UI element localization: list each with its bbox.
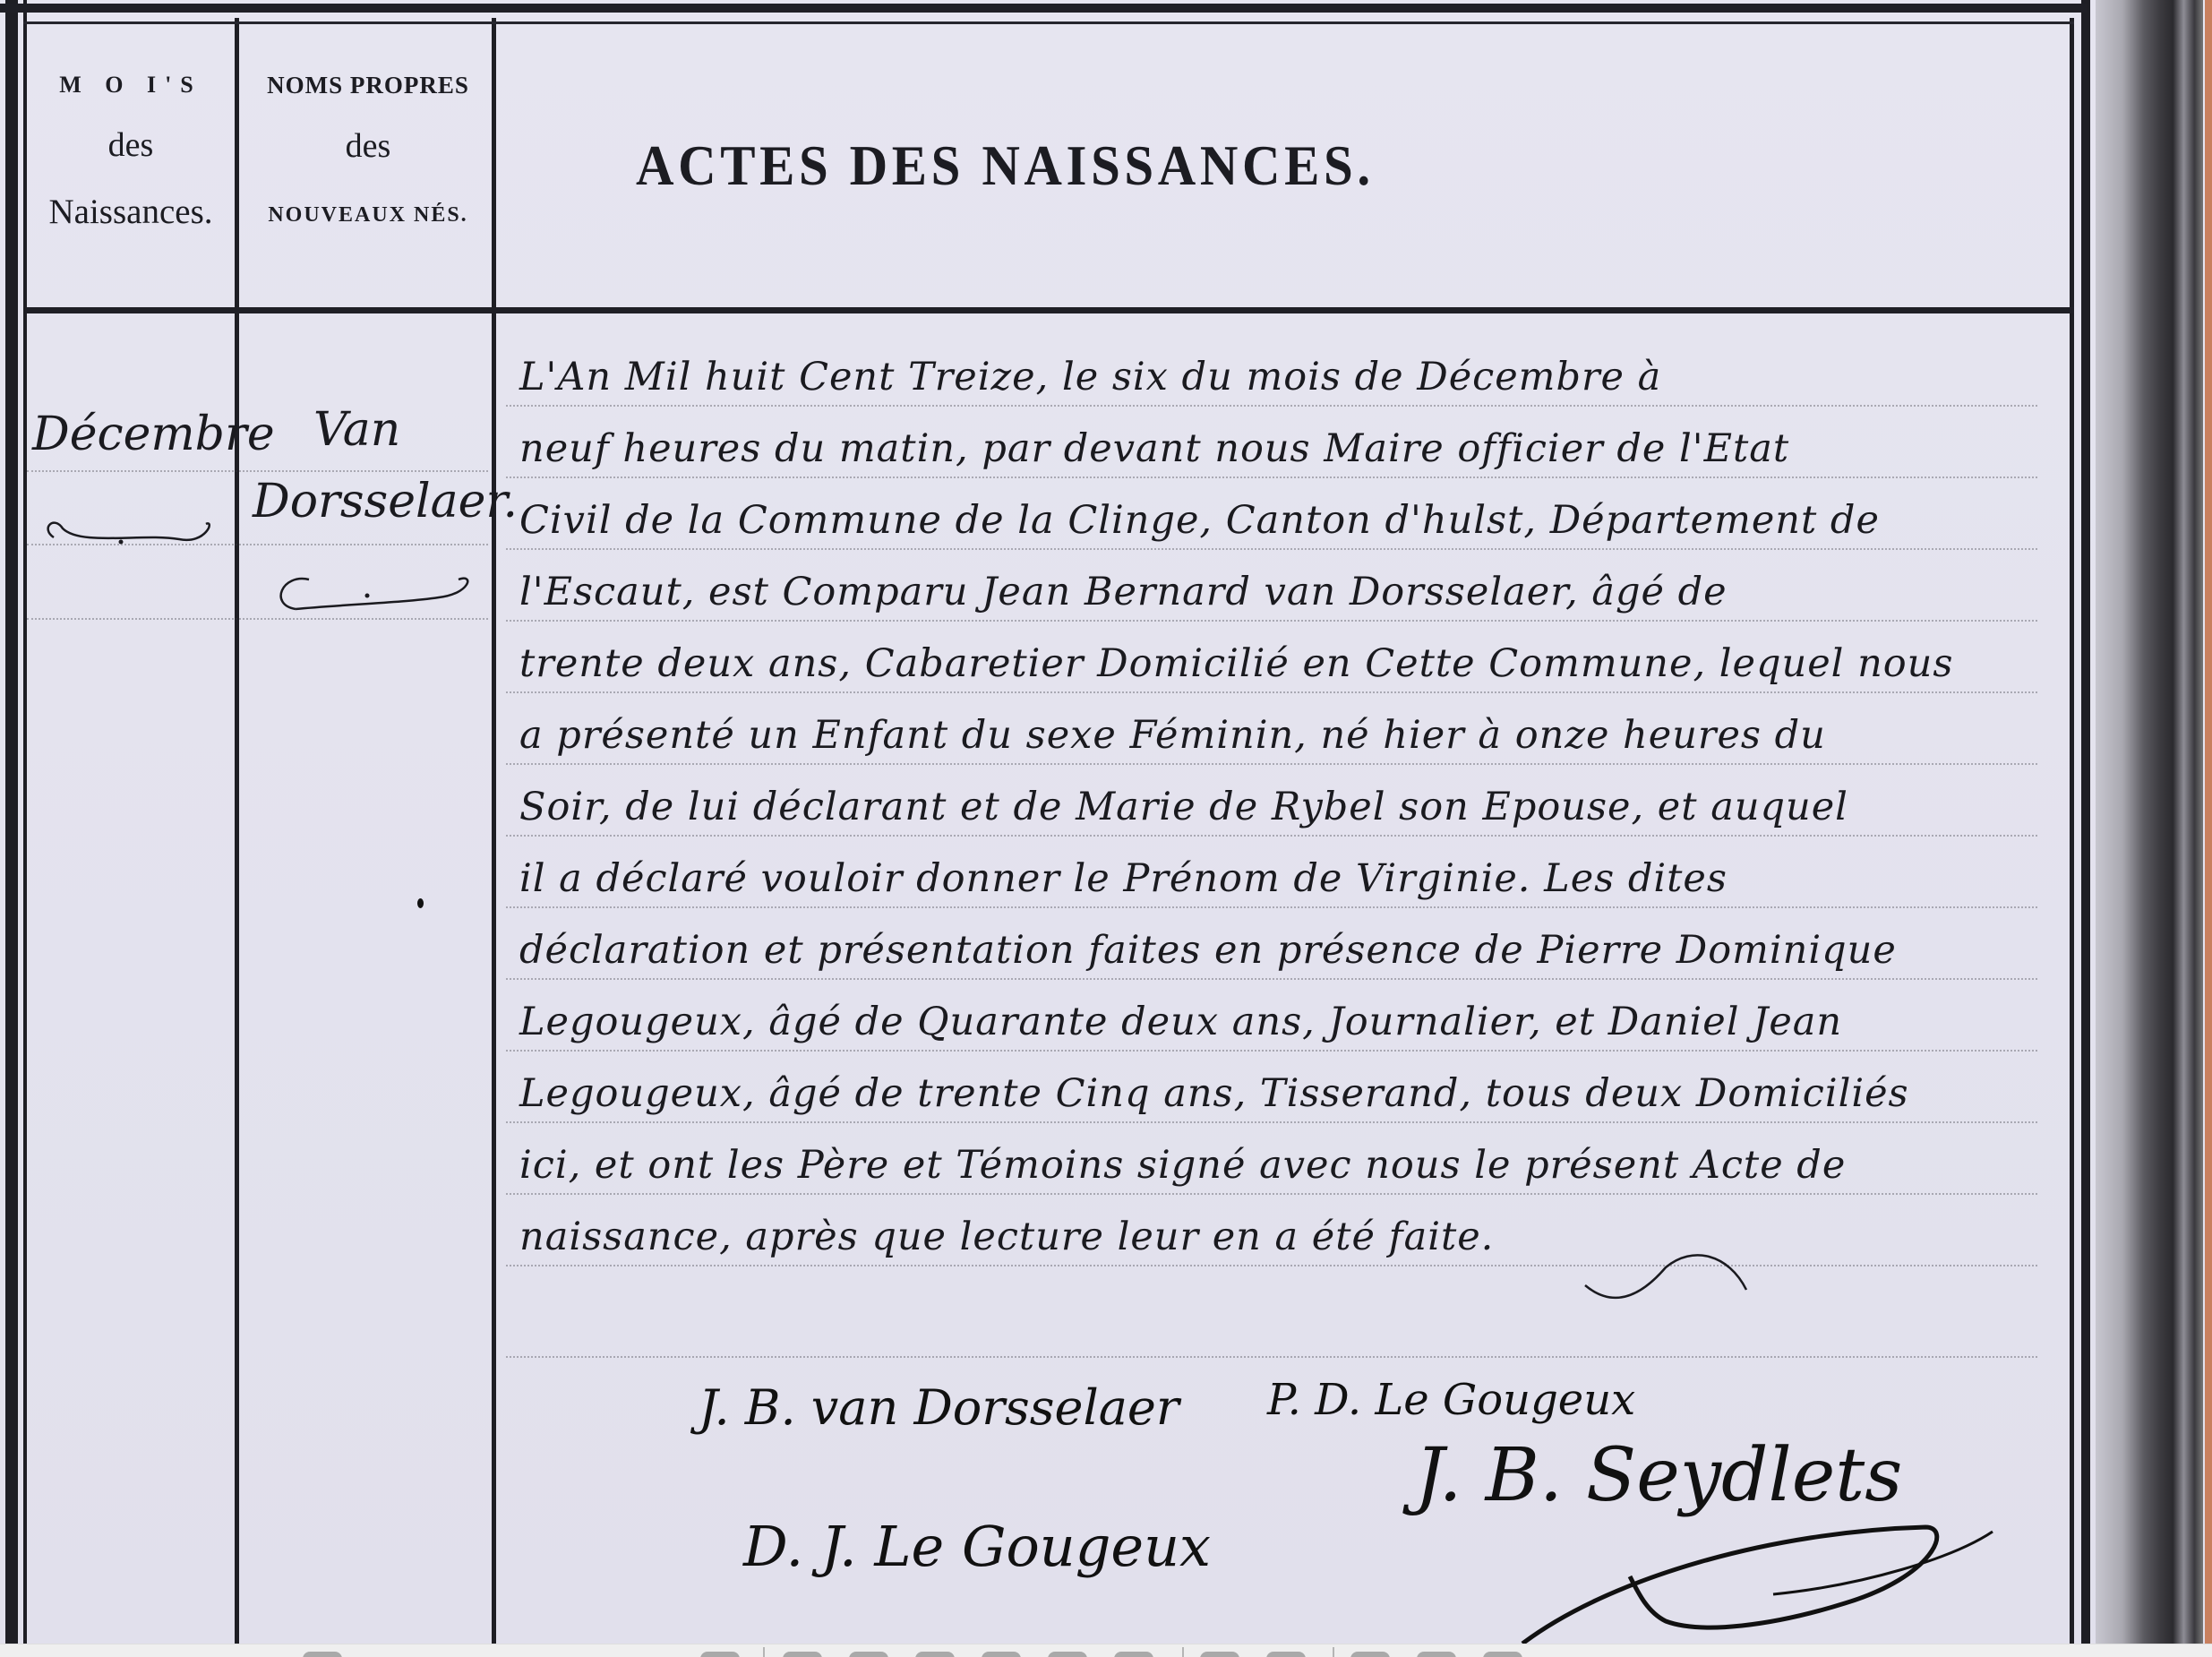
act-line-8: il a déclaré vouloir donner le Prénom de… bbox=[519, 856, 2042, 901]
act-line-9: déclaration et présentation faites en pr… bbox=[519, 928, 2042, 973]
toolbar-button-13[interactable] bbox=[1483, 1652, 1522, 1657]
column-divider-1 bbox=[235, 18, 239, 1644]
entry-surname-2: Dorsselaer. bbox=[253, 475, 518, 528]
frame-right-outer bbox=[2081, 0, 2090, 1644]
header-names-column: NOMS PROPRES des NOUVEAUX NÉS. bbox=[242, 72, 494, 228]
mayor-paraph-icon bbox=[1505, 1523, 2006, 1644]
flourish-icon bbox=[36, 502, 224, 555]
toolbar-button-1[interactable] bbox=[303, 1652, 342, 1657]
window-edge bbox=[2205, 0, 2212, 1644]
ink-spot bbox=[417, 898, 424, 908]
act-line-5: trente deux ans, Cabaretier Domicilié en… bbox=[519, 641, 2042, 686]
book-spine bbox=[2096, 0, 2203, 1644]
act-line-11: Legougeux, âgé de trente Cinq ans, Tisse… bbox=[519, 1071, 2042, 1116]
header-nouveaux-nes: NOUVEAUX NÉS. bbox=[242, 203, 494, 228]
act-line-3: Civil de la Commune de la Clinge, Canton… bbox=[519, 498, 2042, 543]
entry-surname-1: Van bbox=[313, 403, 400, 457]
toolbar-button-10[interactable] bbox=[1266, 1652, 1306, 1657]
page-title: ACTES DES NAISSANCES. bbox=[636, 133, 1375, 199]
header-des: des bbox=[27, 125, 235, 165]
toolbar-button-7[interactable] bbox=[1048, 1652, 1087, 1657]
toolbar-button-4[interactable] bbox=[849, 1652, 888, 1657]
header-mois: M O I'S bbox=[27, 72, 235, 99]
act-line-6: a présenté un Enfant du sexe Féminin, né… bbox=[519, 713, 2042, 758]
header-month-column: M O I'S des Naissances. bbox=[27, 72, 235, 232]
entry-month: Décembre bbox=[32, 408, 275, 461]
toolbar-button-8[interactable] bbox=[1114, 1652, 1153, 1657]
act-line-4: l'Escaut, est Comparu Jean Bernard van D… bbox=[519, 570, 2042, 614]
toolbar-separator bbox=[1182, 1647, 1184, 1657]
toolbar-button-12[interactable] bbox=[1417, 1652, 1456, 1657]
toolbar-button-6[interactable] bbox=[982, 1652, 1021, 1657]
act-line-7: Soir, de lui déclarant et de Marie de Ry… bbox=[519, 785, 2042, 829]
toolbar-separator bbox=[1333, 1647, 1334, 1657]
frame-top-inner bbox=[23, 21, 2074, 24]
frame-left-outer bbox=[5, 0, 18, 1644]
viewer-toolbar bbox=[0, 1644, 2212, 1657]
header-noms-propres: NOMS PROPRES bbox=[242, 72, 494, 99]
signature-witness-1: P. D. Le Gougeux bbox=[1267, 1375, 1635, 1425]
act-line-1: L'An Mil huit Cent Treize, le six du moi… bbox=[519, 355, 2042, 399]
closing-flourish-icon bbox=[1576, 1236, 1827, 1317]
toolbar-separator bbox=[763, 1647, 765, 1657]
act-line-12: ici, et ont les Père et Témoins signé av… bbox=[519, 1143, 2042, 1188]
header-des-2: des bbox=[242, 126, 494, 166]
header-naissances: Naissances. bbox=[27, 192, 235, 232]
document-scan: M O I'S des Naissances. NOMS PROPRES des… bbox=[0, 0, 2212, 1644]
header-divider bbox=[25, 307, 2074, 313]
column-divider-2 bbox=[492, 18, 496, 1644]
signature-witness-2: D. J. Le Gougeux bbox=[743, 1514, 1211, 1579]
act-line-10: Legougeux, âgé de Quarante deux ans, Jou… bbox=[519, 1000, 2042, 1044]
signature-mayor: J. B. Seydlets bbox=[1415, 1433, 1902, 1518]
frame-top-outer bbox=[0, 4, 2087, 13]
toolbar-button-9[interactable] bbox=[1200, 1652, 1239, 1657]
toolbar-button-2[interactable] bbox=[700, 1652, 740, 1657]
signature-father: J. B. van Dorsselaer bbox=[699, 1379, 1179, 1436]
toolbar-button-3[interactable] bbox=[783, 1652, 822, 1657]
toolbar-button-11[interactable] bbox=[1350, 1652, 1390, 1657]
flourish-icon bbox=[269, 569, 484, 622]
act-line-2: neuf heures du matin, par devant nous Ma… bbox=[519, 426, 2042, 471]
frame-right-inner bbox=[2070, 18, 2074, 1644]
frame-left-inner bbox=[23, 0, 27, 1644]
toolbar-button-5[interactable] bbox=[915, 1652, 955, 1657]
